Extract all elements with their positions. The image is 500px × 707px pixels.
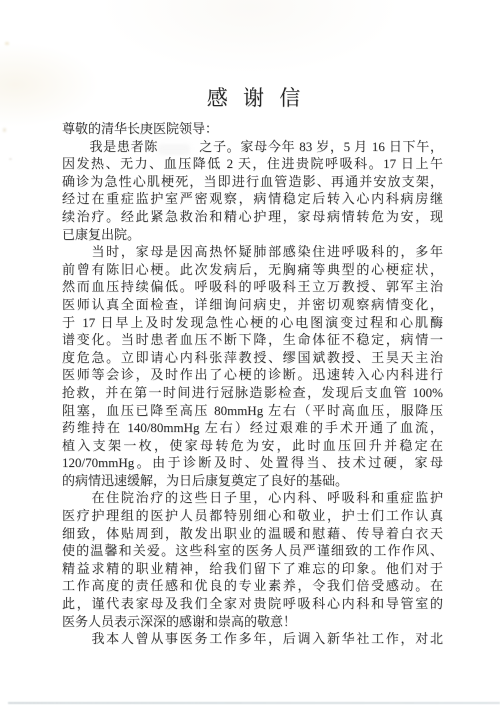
letter-line: 前曾有陈旧心梗。此次发病后，无胸痛等典型的心梗症状， — [62, 261, 443, 279]
scanner-edge-shadow — [8, 702, 500, 704]
letter-line: 医师等会诊，及时作出了心梗的诊断。迅速转入心内科进行 — [62, 366, 443, 384]
letter-line: 我是患者陈 之子。家母今年 83 岁，5 月 16 日下午， — [62, 138, 443, 156]
letter-line: 然而血压持续偏低。呼吸科的呼吸科王立万教授、郭军主治 — [62, 278, 443, 296]
letter-title: 感 谢 信 — [6, 82, 500, 112]
letter-line: 确诊为急性心肌梗死，当即进行血管造影、再通并安放支架， — [62, 173, 443, 191]
letter-line: 精益求精的职业精神，给我们留下了难忘的印象。他们对于 — [62, 560, 443, 578]
letter-line: 抢救，并在第一时间进行冠脉造影检查，发现后支血管 100% — [62, 384, 443, 402]
redacted-name-smudge — [158, 144, 190, 155]
letter-line: 此，谨代表家母及我们全家对贵院呼吸科心内科和导管室的 — [62, 595, 443, 613]
letter-line: 使的温馨和关爱。这些科室的医务人员严谨细致的工作作风、 — [62, 542, 443, 560]
letter-line: 植入支架一枚，使家母转危为安，此时血压回升并稳定在 — [62, 437, 443, 455]
letter-line: 已康复出院。 — [62, 226, 443, 244]
letter-line: 尊敬的清华长庚医院领导： — [62, 120, 443, 138]
letter-line: 当时，家母是因高热怀疑肺部感染住进呼吸科的，多年 — [62, 243, 443, 261]
letter-body: 尊敬的清华长庚医院领导： 我是患者陈 之子。家母今年 83 岁，5 月 16 日… — [62, 120, 443, 648]
letter-line: 谱变化。当时患者血压不断下降，生命体征不稳定，病情一 — [62, 331, 443, 349]
letter-line: 医务人员表示深深的感谢和崇高的敬意！ — [62, 613, 443, 631]
letter-line: 药维持在 140/80mmHg 左右）经过艰难的手术开通了血流， — [62, 419, 443, 437]
letter-line: 度危急。立即请心内科张萍教授、缪国斌教授、王昊天主治 — [62, 349, 443, 367]
letter-line: 细致，体贴周到，散发出职业的温暖和慰藉、传导着白衣天 — [62, 525, 443, 543]
letter-line: 续治疗。经此紧急救治和精心护理，家母病情转危为安，现 — [62, 208, 443, 226]
letter-line: 经过在重症监护室严密观察，病情稳定后转入心内科病房继 — [62, 190, 443, 208]
scan-speck — [5, 42, 9, 45]
letter-line: 工作高度的责任感和优良的专业素养，令我们倍受感动。在 — [62, 577, 443, 595]
letter-line: 阻塞，血压已降至高压 80mmHg 左右（平时高血压，服降压 — [62, 402, 443, 420]
letter-line: 于 17 日早上及时发现急性心梗的心电图演变过程和心肌酶 — [62, 314, 443, 332]
scan-speck — [9, 158, 12, 160]
letter-line: 120/70mmHg。由于诊断及时、处置得当、技术过硬，家母 — [62, 454, 443, 472]
letter-line: 因发热、无力、血压降低 2 天，住进贵院呼吸科。17 日上午 — [62, 155, 443, 173]
letter-line: 我本人曾从事医务工作多年，后调入新华社工作，对北 — [62, 630, 443, 648]
scanned-letter-page: 感 谢 信 尊敬的清华长庚医院领导： 我是患者陈 之子。家母今年 83 岁，5 … — [0, 0, 500, 707]
letter-line: 在住院治疗的这些日子里，心内科、呼吸科和重症监护 — [62, 489, 443, 507]
letter-line: 医师认真全面检查，详细询问病史，并密切观察病情变化， — [62, 296, 443, 314]
scan-speck — [3, 128, 6, 132]
letter-line: 的病情迅速缓解，为日后康复奠定了良好的基础。 — [62, 472, 443, 490]
letter-line: 医疗护理组的医护人员都特别细心和敬业，护士们工作认真 — [62, 507, 443, 525]
